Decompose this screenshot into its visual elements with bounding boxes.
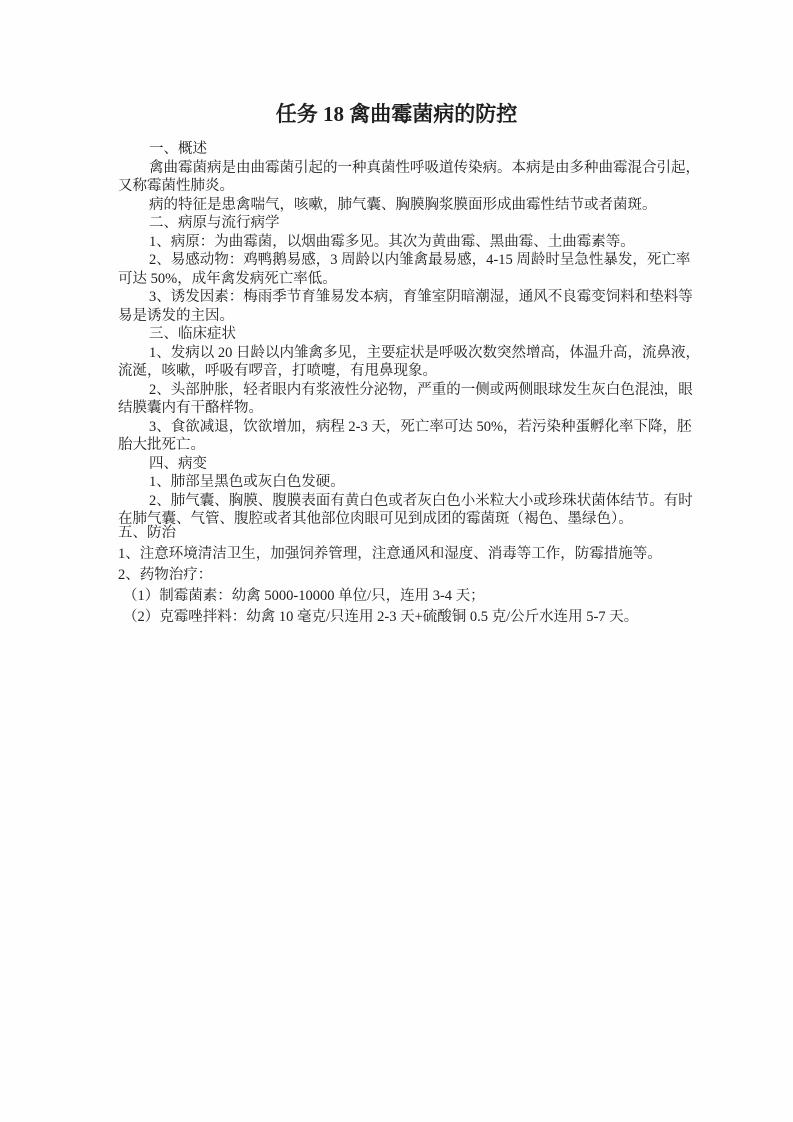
- document-line: 四、病变: [118, 455, 723, 474]
- document-body: 一、概述禽曲霉菌病是由曲霉菌引起的一种真菌性呼吸道传染病。本病是由多种曲霉混合引…: [0, 140, 793, 529]
- document-line: 2、易感动物：鸡鸭鹅易感，3 周龄以内雏禽最易感，4-15 周龄时呈急性暴发，死…: [118, 251, 723, 270]
- document-line: 可达 50%，成年禽发病死亡率低。: [118, 270, 723, 289]
- document-line: 三、临床症状: [118, 325, 723, 344]
- document-line: 一、概述: [118, 140, 723, 159]
- document-line: 流涎，咳嗽，呼吸有啰音，打喷嚏，有甩鼻现象。: [118, 362, 723, 381]
- document-prevention-section: 五、防治1、注意环境清洁卫生，加强饲养管理，注意通风和湿度、消毒等工作，防霉措施…: [0, 523, 793, 628]
- document-line: 胎大批死亡。: [118, 436, 723, 455]
- document-line: 1、发病以 20 日龄以内雏禽多见，主要症状是呼吸次数突然增高，体温升高，流鼻液…: [118, 344, 723, 363]
- document-line: 2、头部肿胀，轻者眼内有浆液性分泌物，严重的一侧或两侧眼球发生灰白色混浊，眼: [118, 381, 723, 400]
- document-line: 2、肺气囊、胸膜、腹膜表面有黄白色或者灰白色小米粒大小或珍珠状菌体结节。有时: [118, 492, 723, 511]
- document-line: 3、食欲减退，饮欲增加，病程 2-3 天，死亡率可达 50%，若污染种蛋孵化率下…: [118, 418, 723, 437]
- document-line: 二、病原与流行病学: [118, 214, 723, 233]
- document-line: 结膜囊内有干酪样物。: [118, 399, 723, 418]
- document-line: 又称霉菌性肺炎。: [118, 177, 723, 196]
- document-line: 在肺气囊、气管、腹腔或者其他部位肉眼可见到成团的霉菌斑（褐色、墨绿色）。: [118, 510, 723, 529]
- document-line: 1、肺部呈黑色或灰白色发硬。: [118, 473, 723, 492]
- document-line: 病的特征是患禽喘气，咳嗽，肺气囊、胸膜胸浆膜面形成曲霉性结节或者菌斑。: [118, 196, 723, 215]
- document-line: 1、病原：为曲霉菌，以烟曲霉多见。其次为黄曲霉、黑曲霉、土曲霉素等。: [118, 233, 723, 252]
- document-line: 3、诱发因素：梅雨季节育雏易发本病，育雏室阴暗潮湿，通风不良霉变饲料和垫料等: [118, 288, 723, 307]
- document-line: 易是诱发的主因。: [118, 307, 723, 326]
- document-line: （1）制霉菌素：幼禽 5000-10000 单位/只，连用 3-4 天；: [118, 586, 723, 607]
- document-page: 任务 18 禽曲霉菌病的防控 一、概述禽曲霉菌病是由曲霉菌引起的一种真菌性呼吸道…: [0, 0, 793, 1122]
- document-line: （2）克霉唑拌料：幼禽 10 毫克/只连用 2-3 天+硫酸铜 0.5 克/公斤…: [118, 607, 723, 628]
- document-line: 1、注意环境清洁卫生，加强饲养管理，注意通风和湿度、消毒等工作，防霉措施等。: [118, 544, 723, 565]
- document-line: 禽曲霉菌病是由曲霉菌引起的一种真菌性呼吸道传染病。本病是由多种曲霉混合引起，: [118, 159, 723, 178]
- document-title: 任务 18 禽曲霉菌病的防控: [0, 0, 793, 128]
- document-line: 2、药物治疗：: [118, 565, 723, 586]
